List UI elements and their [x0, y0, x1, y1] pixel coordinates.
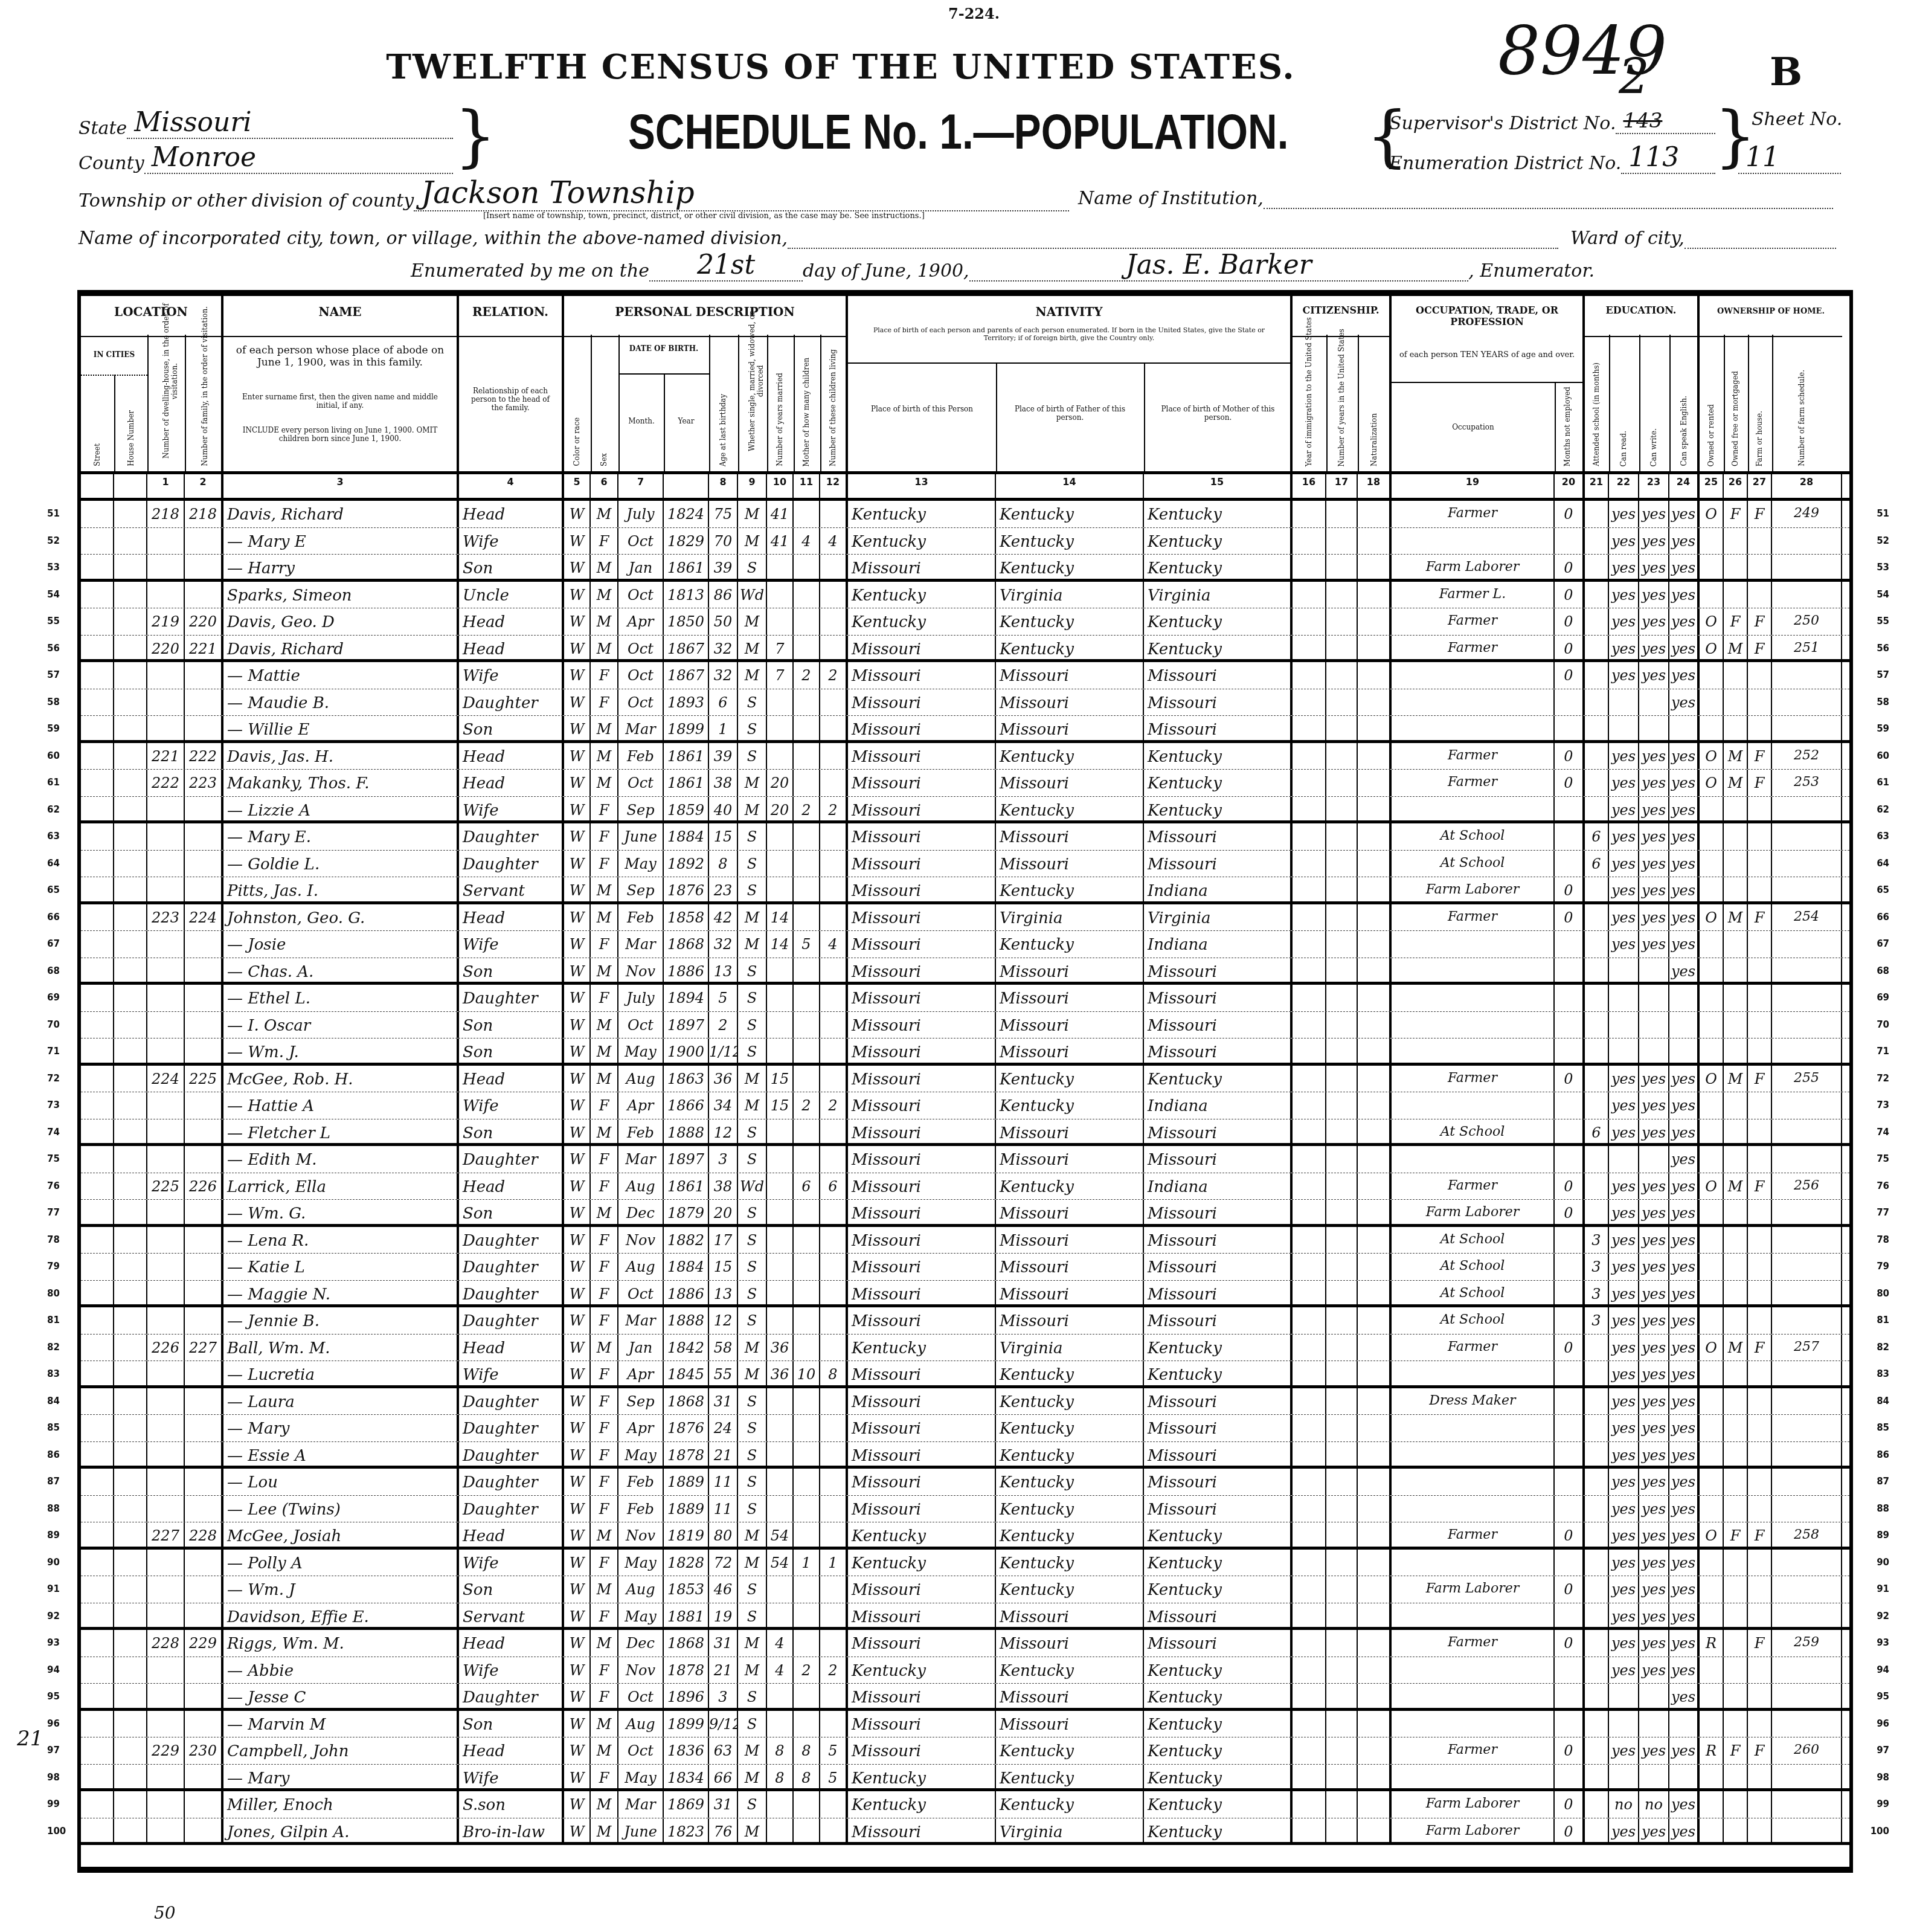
attended-school-cell[interactable] — [1585, 1630, 1609, 1657]
owned-rented-cell[interactable] — [1700, 1254, 1724, 1280]
sex-cell[interactable]: F — [591, 1657, 618, 1684]
relationship-cell[interactable]: Son — [459, 1012, 564, 1038]
mother-of-children-cell[interactable] — [794, 770, 820, 796]
supervisor-district-field[interactable]: Supervisor's District No. 143 — [1389, 104, 1715, 134]
empty-cell[interactable] — [1326, 1361, 1358, 1385]
marital-status-cell[interactable]: S — [738, 958, 767, 982]
color-race-cell[interactable]: W — [564, 1576, 591, 1603]
sex-cell[interactable]: M — [591, 877, 618, 901]
mother-birthplace-cell[interactable]: Kentucky — [1144, 1576, 1293, 1603]
marital-status-cell[interactable]: M — [738, 931, 767, 958]
dwelling-number-cell[interactable] — [147, 797, 185, 821]
can-write-cell[interactable]: yes — [1639, 1119, 1669, 1144]
owned-rented-cell[interactable] — [1700, 1550, 1724, 1576]
marital-status-cell[interactable]: S — [738, 1684, 767, 1708]
empty-cell[interactable] — [1358, 1173, 1392, 1200]
years-married-cell[interactable] — [767, 1012, 794, 1038]
free-mortgaged-cell[interactable] — [1724, 1711, 1748, 1737]
can-read-cell[interactable]: yes — [1609, 528, 1639, 555]
color-race-cell[interactable]: W — [564, 985, 591, 1011]
empty-cell[interactable] — [1358, 1012, 1392, 1038]
empty-cell[interactable] — [81, 1550, 114, 1576]
empty-cell[interactable] — [1293, 985, 1326, 1011]
relationship-cell[interactable]: Head — [459, 636, 564, 660]
empty-cell[interactable] — [114, 608, 147, 635]
can-speak-english-cell[interactable]: yes — [1669, 1307, 1700, 1334]
birth-year-cell[interactable]: 1861 — [664, 1173, 709, 1200]
can-speak-english-cell[interactable]: yes — [1669, 743, 1700, 770]
relationship-cell[interactable]: Son — [459, 716, 564, 740]
can-write-cell[interactable]: yes — [1639, 1818, 1669, 1843]
can-write-cell[interactable] — [1639, 958, 1669, 982]
can-read-cell[interactable]: yes — [1609, 877, 1639, 901]
mother-birthplace-cell[interactable]: Missouri — [1144, 823, 1293, 850]
age-cell[interactable]: 21 — [709, 1657, 738, 1684]
sex-cell[interactable]: M — [591, 608, 618, 635]
dwelling-number-cell[interactable] — [147, 958, 185, 982]
free-mortgaged-cell[interactable]: F — [1724, 1737, 1748, 1764]
mother-birthplace-cell[interactable]: Missouri — [1144, 958, 1293, 982]
owned-rented-cell[interactable]: O — [1700, 743, 1724, 770]
empty-cell[interactable] — [114, 1469, 147, 1495]
empty-cell[interactable] — [1326, 1765, 1358, 1789]
mother-birthplace-cell[interactable]: Missouri — [1144, 985, 1293, 1011]
months-not-employed-cell[interactable]: 0 — [1555, 1630, 1585, 1657]
can-write-cell[interactable]: yes — [1639, 1281, 1669, 1305]
owned-rented-cell[interactable] — [1700, 1146, 1724, 1173]
farm-house-cell[interactable] — [1748, 1818, 1772, 1843]
family-number-cell[interactable] — [185, 1603, 223, 1628]
family-number-cell[interactable] — [185, 1415, 223, 1441]
mother-birthplace-cell[interactable]: Missouri — [1144, 689, 1293, 716]
empty-cell[interactable] — [114, 1791, 147, 1818]
relationship-cell[interactable]: Head — [459, 770, 564, 796]
color-race-cell[interactable]: W — [564, 608, 591, 635]
birth-year-cell[interactable]: 1888 — [664, 1307, 709, 1334]
farm-house-cell[interactable] — [1748, 716, 1772, 740]
occupation-cell[interactable] — [1392, 1550, 1555, 1576]
age-cell[interactable]: 38 — [709, 1173, 738, 1200]
table-row[interactable]: 65Pitts, Jas. I.ServantWMSep187623SMisso… — [81, 877, 1849, 904]
empty-cell[interactable] — [81, 1522, 114, 1547]
marital-status-cell[interactable]: M — [738, 1361, 767, 1385]
children-living-cell[interactable]: 5 — [820, 1765, 848, 1789]
table-row[interactable]: 95— Jesse CDaughterWFOct18963SMissouriMi… — [81, 1684, 1849, 1711]
birth-month-cell[interactable]: Apr — [618, 1415, 664, 1441]
empty-cell[interactable] — [1293, 1388, 1326, 1415]
can-speak-english-cell[interactable]: yes — [1669, 1200, 1700, 1224]
age-cell[interactable]: 15 — [709, 1254, 738, 1280]
children-living-cell[interactable]: 2 — [820, 1657, 848, 1684]
owned-rented-cell[interactable] — [1700, 931, 1724, 958]
mother-of-children-cell[interactable] — [794, 1012, 820, 1038]
dwelling-number-cell[interactable] — [147, 931, 185, 958]
months-not-employed-cell[interactable]: 0 — [1555, 1737, 1585, 1764]
family-number-cell[interactable] — [185, 851, 223, 877]
empty-cell[interactable] — [1326, 636, 1358, 660]
attended-school-cell[interactable] — [1585, 743, 1609, 770]
age-cell[interactable]: 11 — [709, 1496, 738, 1522]
can-write-cell[interactable]: yes — [1639, 1630, 1669, 1657]
person-name-cell[interactable]: Miller, Enoch — [223, 1791, 459, 1818]
can-write-cell[interactable]: yes — [1639, 528, 1669, 555]
months-not-employed-cell[interactable]: 0 — [1555, 877, 1585, 901]
empty-cell[interactable] — [1326, 1254, 1358, 1280]
birth-month-cell[interactable]: Mar — [618, 931, 664, 958]
occupation-cell[interactable] — [1392, 931, 1555, 958]
mother-birthplace-cell[interactable]: Missouri — [1144, 1469, 1293, 1495]
table-row[interactable]: 93228229Riggs, Wm. M.HeadWMDec186831M4Mi… — [81, 1630, 1849, 1657]
empty-cell[interactable] — [114, 1415, 147, 1441]
can-speak-english-cell[interactable]: yes — [1669, 1791, 1700, 1818]
family-number-cell[interactable] — [185, 716, 223, 740]
empty-cell[interactable] — [1358, 931, 1392, 958]
free-mortgaged-cell[interactable] — [1724, 1657, 1748, 1684]
marital-status-cell[interactable]: M — [738, 1657, 767, 1684]
age-cell[interactable]: 63 — [709, 1737, 738, 1764]
dwelling-number-cell[interactable] — [147, 1307, 185, 1334]
dwelling-number-cell[interactable]: 226 — [147, 1335, 185, 1361]
can-read-cell[interactable]: yes — [1609, 555, 1639, 579]
empty-cell[interactable] — [1293, 797, 1326, 821]
farm-house-cell[interactable]: F — [1748, 636, 1772, 660]
occupation-cell[interactable]: Farm Laborer — [1392, 555, 1555, 579]
farm-schedule-number-cell[interactable] — [1772, 1388, 1842, 1415]
can-read-cell[interactable]: yes — [1609, 636, 1639, 660]
farm-house-cell[interactable] — [1748, 1307, 1772, 1334]
empty-cell[interactable] — [114, 1765, 147, 1789]
person-name-cell[interactable]: Davidson, Effie E. — [223, 1603, 459, 1628]
sex-cell[interactable]: F — [591, 1496, 618, 1522]
empty-cell[interactable] — [1293, 1657, 1326, 1684]
can-read-cell[interactable] — [1609, 1146, 1639, 1173]
can-read-cell[interactable]: yes — [1609, 1227, 1639, 1254]
mother-birthplace-cell[interactable]: Indiana — [1144, 1092, 1293, 1119]
months-not-employed-cell[interactable]: 0 — [1555, 501, 1585, 527]
empty-cell[interactable] — [114, 1711, 147, 1737]
birth-month-cell[interactable]: Feb — [618, 1119, 664, 1144]
sex-cell[interactable]: F — [591, 797, 618, 821]
birth-month-cell[interactable]: Oct — [618, 662, 664, 689]
years-married-cell[interactable]: 20 — [767, 770, 794, 796]
family-number-cell[interactable] — [185, 1388, 223, 1415]
father-birthplace-cell[interactable]: Kentucky — [996, 1388, 1144, 1415]
farm-house-cell[interactable] — [1748, 1576, 1772, 1603]
table-row[interactable]: 52— Mary EWifeWFOct182970M4144KentuckyKe… — [81, 528, 1849, 555]
years-married-cell[interactable] — [767, 1388, 794, 1415]
mother-of-children-cell[interactable]: 6 — [794, 1173, 820, 1200]
free-mortgaged-cell[interactable] — [1724, 958, 1748, 982]
sex-cell[interactable]: M — [591, 1038, 618, 1063]
months-not-employed-cell[interactable]: 0 — [1555, 582, 1585, 608]
free-mortgaged-cell[interactable] — [1724, 1576, 1748, 1603]
birth-year-cell[interactable]: 1886 — [664, 958, 709, 982]
empty-cell[interactable] — [81, 797, 114, 821]
mother-birthplace-cell[interactable]: Missouri — [1144, 851, 1293, 877]
can-write-cell[interactable]: yes — [1639, 1522, 1669, 1547]
empty-cell[interactable] — [1293, 958, 1326, 982]
birth-year-cell[interactable]: 1867 — [664, 636, 709, 660]
sex-cell[interactable]: F — [591, 1092, 618, 1119]
birthplace-cell[interactable]: Missouri — [848, 689, 996, 716]
relationship-cell[interactable]: Daughter — [459, 1496, 564, 1522]
empty-cell[interactable] — [81, 1657, 114, 1684]
occupation-cell[interactable]: Farm Laborer — [1392, 1576, 1555, 1603]
children-living-cell[interactable] — [820, 1119, 848, 1144]
children-living-cell[interactable] — [820, 958, 848, 982]
can-speak-english-cell[interactable]: yes — [1669, 662, 1700, 689]
can-write-cell[interactable]: yes — [1639, 797, 1669, 821]
age-cell[interactable]: 70 — [709, 528, 738, 555]
empty-cell[interactable] — [1358, 1469, 1392, 1495]
owned-rented-cell[interactable]: O — [1700, 636, 1724, 660]
can-read-cell[interactable]: yes — [1609, 1469, 1639, 1495]
family-number-cell[interactable] — [185, 931, 223, 958]
farm-schedule-number-cell[interactable] — [1772, 1415, 1842, 1441]
children-living-cell[interactable] — [820, 1307, 848, 1334]
can-read-cell[interactable]: yes — [1609, 1603, 1639, 1628]
can-write-cell[interactable] — [1639, 1711, 1669, 1737]
mother-of-children-cell[interactable] — [794, 904, 820, 931]
years-married-cell[interactable] — [767, 851, 794, 877]
owned-rented-cell[interactable] — [1700, 1038, 1724, 1063]
months-not-employed-cell[interactable]: 0 — [1555, 904, 1585, 931]
attended-school-cell[interactable] — [1585, 1576, 1609, 1603]
can-speak-english-cell[interactable]: yes — [1669, 1173, 1700, 1200]
birth-month-cell[interactable]: Oct — [618, 1684, 664, 1708]
can-write-cell[interactable]: yes — [1639, 1603, 1669, 1628]
birth-year-cell[interactable]: 1868 — [664, 931, 709, 958]
birth-year-cell[interactable]: 1884 — [664, 1254, 709, 1280]
age-cell[interactable]: 3 — [709, 1684, 738, 1708]
can-speak-english-cell[interactable]: yes — [1669, 931, 1700, 958]
marital-status-cell[interactable]: M — [738, 608, 767, 635]
free-mortgaged-cell[interactable] — [1724, 1092, 1748, 1119]
dwelling-number-cell[interactable] — [147, 1469, 185, 1495]
mother-of-children-cell[interactable] — [794, 1119, 820, 1144]
farm-house-cell[interactable] — [1748, 1603, 1772, 1628]
mother-birthplace-cell[interactable]: Kentucky — [1144, 555, 1293, 579]
children-living-cell[interactable]: 2 — [820, 797, 848, 821]
farm-house-cell[interactable] — [1748, 1361, 1772, 1385]
years-married-cell[interactable] — [767, 1281, 794, 1305]
owned-rented-cell[interactable] — [1700, 823, 1724, 850]
attended-school-cell[interactable] — [1585, 636, 1609, 660]
relationship-cell[interactable]: Daughter — [459, 1442, 564, 1466]
farm-schedule-number-cell[interactable] — [1772, 689, 1842, 716]
children-living-cell[interactable] — [820, 501, 848, 527]
years-married-cell[interactable] — [767, 555, 794, 579]
relationship-cell[interactable]: Daughter — [459, 985, 564, 1011]
empty-cell[interactable] — [1358, 1630, 1392, 1657]
farm-schedule-number-cell[interactable]: 260 — [1772, 1737, 1842, 1764]
free-mortgaged-cell[interactable] — [1724, 582, 1748, 608]
years-married-cell[interactable]: 15 — [767, 1066, 794, 1092]
family-number-cell[interactable] — [185, 1791, 223, 1818]
empty-cell[interactable] — [114, 1576, 147, 1603]
years-married-cell[interactable]: 41 — [767, 528, 794, 555]
age-cell[interactable]: 36 — [709, 1066, 738, 1092]
empty-cell[interactable] — [81, 1469, 114, 1495]
empty-cell[interactable] — [81, 823, 114, 850]
dwelling-number-cell[interactable]: 222 — [147, 770, 185, 796]
mother-birthplace-cell[interactable]: Missouri — [1144, 716, 1293, 740]
mother-of-children-cell[interactable] — [794, 1442, 820, 1466]
empty-cell[interactable] — [1293, 743, 1326, 770]
mother-of-children-cell[interactable] — [794, 1496, 820, 1522]
age-cell[interactable]: 58 — [709, 1335, 738, 1361]
farm-schedule-number-cell[interactable] — [1772, 1711, 1842, 1737]
empty-cell[interactable] — [1358, 1066, 1392, 1092]
relationship-cell[interactable]: Wife — [459, 931, 564, 958]
empty-cell[interactable] — [114, 1550, 147, 1576]
years-married-cell[interactable]: 41 — [767, 501, 794, 527]
children-living-cell[interactable] — [820, 1038, 848, 1063]
children-living-cell[interactable] — [820, 770, 848, 796]
months-not-employed-cell[interactable] — [1555, 1496, 1585, 1522]
attended-school-cell[interactable] — [1585, 528, 1609, 555]
owned-rented-cell[interactable]: R — [1700, 1737, 1724, 1764]
empty-cell[interactable] — [81, 1173, 114, 1200]
age-cell[interactable]: 23 — [709, 877, 738, 901]
months-not-employed-cell[interactable] — [1555, 1012, 1585, 1038]
empty-cell[interactable] — [1326, 555, 1358, 579]
age-cell[interactable]: 2 — [709, 1012, 738, 1038]
farm-schedule-number-cell[interactable] — [1772, 931, 1842, 958]
empty-cell[interactable] — [81, 1684, 114, 1708]
empty-cell[interactable] — [1293, 1630, 1326, 1657]
empty-cell[interactable] — [81, 958, 114, 982]
empty-cell[interactable] — [1326, 1576, 1358, 1603]
father-birthplace-cell[interactable]: Kentucky — [996, 877, 1144, 901]
free-mortgaged-cell[interactable] — [1724, 1630, 1748, 1657]
can-read-cell[interactable]: yes — [1609, 797, 1639, 821]
empty-cell[interactable] — [1326, 1146, 1358, 1173]
mother-birthplace-cell[interactable]: Missouri — [1144, 1630, 1293, 1657]
children-living-cell[interactable] — [820, 1576, 848, 1603]
empty-cell[interactable] — [1326, 662, 1358, 689]
marital-status-cell[interactable]: M — [738, 662, 767, 689]
free-mortgaged-cell[interactable] — [1724, 1765, 1748, 1789]
color-race-cell[interactable]: W — [564, 636, 591, 660]
occupation-cell[interactable] — [1392, 1092, 1555, 1119]
empty-cell[interactable] — [81, 636, 114, 660]
empty-cell[interactable] — [1326, 1335, 1358, 1361]
can-speak-english-cell[interactable]: yes — [1669, 1496, 1700, 1522]
relationship-cell[interactable]: Head — [459, 1737, 564, 1764]
farm-schedule-number-cell[interactable] — [1772, 1281, 1842, 1305]
relationship-cell[interactable]: Head — [459, 904, 564, 931]
birthplace-cell[interactable]: Missouri — [848, 716, 996, 740]
father-birthplace-cell[interactable]: Virginia — [996, 1818, 1144, 1843]
occupation-cell[interactable] — [1392, 662, 1555, 689]
birth-year-cell[interactable]: 1878 — [664, 1442, 709, 1466]
relationship-cell[interactable]: Wife — [459, 1657, 564, 1684]
color-race-cell[interactable]: W — [564, 582, 591, 608]
birth-month-cell[interactable]: May — [618, 1603, 664, 1628]
children-living-cell[interactable] — [820, 608, 848, 635]
person-name-cell[interactable]: — I. Oscar — [223, 1012, 459, 1038]
father-birthplace-cell[interactable]: Missouri — [996, 1038, 1144, 1063]
color-race-cell[interactable]: W — [564, 1415, 591, 1441]
dwelling-number-cell[interactable] — [147, 528, 185, 555]
color-race-cell[interactable]: W — [564, 770, 591, 796]
dwelling-number-cell[interactable] — [147, 1092, 185, 1119]
empty-cell[interactable] — [1326, 931, 1358, 958]
color-race-cell[interactable]: W — [564, 1469, 591, 1495]
months-not-employed-cell[interactable] — [1555, 1711, 1585, 1737]
months-not-employed-cell[interactable] — [1555, 1765, 1585, 1789]
birth-year-cell[interactable]: 1863 — [664, 1066, 709, 1092]
can-speak-english-cell[interactable]: yes — [1669, 770, 1700, 796]
empty-cell[interactable] — [1293, 555, 1326, 579]
birth-month-cell[interactable]: June — [618, 1818, 664, 1843]
farm-schedule-number-cell[interactable] — [1772, 662, 1842, 689]
empty-cell[interactable] — [1326, 1550, 1358, 1576]
marital-status-cell[interactable]: S — [738, 1307, 767, 1334]
free-mortgaged-cell[interactable] — [1724, 1818, 1748, 1843]
age-cell[interactable]: 55 — [709, 1361, 738, 1385]
farm-schedule-number-cell[interactable]: 254 — [1772, 904, 1842, 931]
marital-status-cell[interactable]: S — [738, 823, 767, 850]
occupation-cell[interactable]: Farm Laborer — [1392, 1791, 1555, 1818]
person-name-cell[interactable]: — Essie A — [223, 1442, 459, 1466]
father-birthplace-cell[interactable]: Kentucky — [996, 1415, 1144, 1441]
can-write-cell[interactable]: yes — [1639, 1173, 1669, 1200]
father-birthplace-cell[interactable]: Kentucky — [996, 501, 1144, 527]
dwelling-number-cell[interactable]: 218 — [147, 501, 185, 527]
marital-status-cell[interactable]: S — [738, 851, 767, 877]
family-number-cell[interactable]: 218 — [185, 501, 223, 527]
empty-cell[interactable] — [114, 1630, 147, 1657]
birth-year-cell[interactable]: 1899 — [664, 1711, 709, 1737]
farm-schedule-number-cell[interactable]: 256 — [1772, 1173, 1842, 1200]
mother-birthplace-cell[interactable]: Missouri — [1144, 1307, 1293, 1334]
can-read-cell[interactable]: yes — [1609, 904, 1639, 931]
empty-cell[interactable] — [114, 770, 147, 796]
age-cell[interactable]: 6 — [709, 689, 738, 716]
attended-school-cell[interactable] — [1585, 1818, 1609, 1843]
years-married-cell[interactable] — [767, 1038, 794, 1063]
color-race-cell[interactable]: W — [564, 1361, 591, 1385]
dwelling-number-cell[interactable] — [147, 582, 185, 608]
can-read-cell[interactable]: yes — [1609, 1550, 1639, 1576]
family-number-cell[interactable] — [185, 1146, 223, 1173]
months-not-employed-cell[interactable]: 0 — [1555, 662, 1585, 689]
attended-school-cell[interactable] — [1585, 1200, 1609, 1224]
can-speak-english-cell[interactable]: yes — [1669, 608, 1700, 635]
birth-month-cell[interactable]: Apr — [618, 1361, 664, 1385]
children-living-cell[interactable] — [820, 582, 848, 608]
owned-rented-cell[interactable] — [1700, 689, 1724, 716]
table-row[interactable]: 63— Mary E.DaughterWFJune188415SMissouri… — [81, 823, 1849, 851]
farm-schedule-number-cell[interactable] — [1772, 1765, 1842, 1789]
person-name-cell[interactable]: Campbell, John — [223, 1737, 459, 1764]
attended-school-cell[interactable] — [1585, 1335, 1609, 1361]
father-birthplace-cell[interactable]: Missouri — [996, 716, 1144, 740]
owned-rented-cell[interactable] — [1700, 1200, 1724, 1224]
owned-rented-cell[interactable] — [1700, 1415, 1724, 1441]
dwelling-number-cell[interactable] — [147, 1657, 185, 1684]
children-living-cell[interactable] — [820, 1791, 848, 1818]
marital-status-cell[interactable]: Wd — [738, 1173, 767, 1200]
can-speak-english-cell[interactable]: yes — [1669, 1442, 1700, 1466]
table-row[interactable]: 82226227Ball, Wm. M.HeadWMJan184258M36Ke… — [81, 1335, 1849, 1362]
owned-rented-cell[interactable] — [1700, 1281, 1724, 1305]
farm-schedule-number-cell[interactable]: 258 — [1772, 1522, 1842, 1547]
empty-cell[interactable] — [114, 931, 147, 958]
birth-month-cell[interactable]: Nov — [618, 1522, 664, 1547]
